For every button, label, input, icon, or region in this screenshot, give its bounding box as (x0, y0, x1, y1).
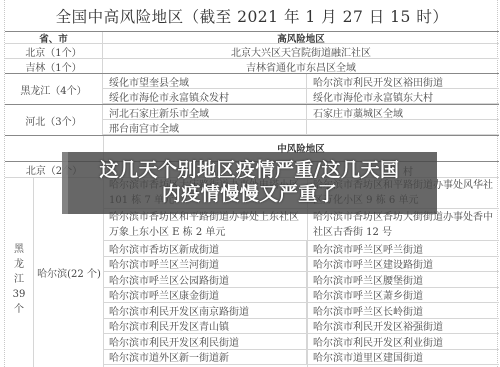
area-cell-line: 万象上东小区 E 栋 2 单元 (109, 225, 299, 240)
headline-text: 这几天个别地区疫情严重/这几天国 内疫情慢慢又严重了 (62, 152, 437, 214)
area-cell: 吉林省通化市东昌区全域 (103, 59, 499, 73)
area-cell: 哈尔滨市呼兰区呼兰街道 (307, 241, 499, 256)
province-label: 河北（3个） (5, 105, 103, 135)
area-cell: 哈尔滨市利民开发区利业街道 (307, 334, 499, 349)
table-row: 绥化市海伦市永富镇众发村 绥化市海伦市永富镇东大村 (103, 89, 499, 104)
table-row: 哈尔滨市利民开发区南京路街道 哈尔滨市呼兰区长岭街道 (103, 303, 499, 319)
area-cell: 绥化市海伦市永富镇众发村 (103, 89, 307, 103)
table-row: 河北石家庄新乐市全域 石家庄市藁城区全域 (103, 105, 499, 120)
province-char: 39 (5, 287, 33, 302)
area-cell: 哈尔滨市道外区新一街道新 (103, 350, 307, 365)
area-cell: 哈尔滨市利民开发区裕田街道 (307, 74, 499, 88)
province-char: 龙 (5, 257, 33, 272)
table-row: 邢台南宫市全域 (103, 120, 499, 135)
document-title: 全国中高风险地区（截至 2021 年 1 月 27 日 15 时） (5, 3, 499, 31)
area-cell: 哈尔滨市道里区建国街道 (307, 350, 499, 365)
province-label: 吉林（1个） (5, 59, 103, 73)
area-cell: 哈尔滨市呼兰区萧乡街道 (307, 288, 499, 303)
table-row: 哈尔滨市利民开发区青山镇 哈尔滨市利民开发区裕强街道 (103, 319, 499, 335)
header-province: 省、市 (5, 32, 103, 43)
area-cell (307, 120, 499, 134)
area-cell: 哈尔滨市呼兰区建设路街道 (307, 257, 499, 272)
table-row: 哈尔滨市呼兰区公园路街道 哈尔滨市呼兰区腰堡街道 (103, 272, 499, 288)
area-cell: 哈尔滨市香坊区新成街道 (103, 241, 307, 256)
headline-line-2: 内疫情慢慢又严重了 (62, 182, 437, 206)
area-cell: 河北石家庄新乐市全域 (103, 105, 307, 119)
area-cell: 哈尔滨市呼兰区腰堡街道 (307, 272, 499, 287)
area-cell: 哈尔滨市呼兰区兰河街道 (103, 257, 307, 272)
city-label: 哈尔滨(22 个) (35, 265, 103, 280)
province-label: 北京（1个） (5, 44, 103, 58)
table-row: 哈尔滨市呼兰区兰河街道 哈尔滨市呼兰区建设路街道 (103, 257, 499, 273)
area-cell: 哈尔滨市呼兰区长岭街道 (307, 303, 499, 318)
province-label: 黑龙江（4个） (5, 74, 103, 104)
headline-line-1: 这几天个别地区疫情严重/这几天国 (62, 158, 437, 182)
area-cell: 哈尔滨市利民开发区利民街道 (103, 334, 307, 349)
area-cell: 绥化市望奎县全域 (103, 74, 307, 88)
header-high-risk: 高风险地区 (103, 32, 499, 43)
area-cell: 哈尔滨市利民开发区南京路街道 (103, 303, 307, 318)
divider (33, 177, 34, 367)
table-row: 绥化市望奎县全域 哈尔滨市利民开发区裕田街道 (103, 74, 499, 89)
area-cell: 哈尔滨市利民开发区青山镇 (103, 319, 307, 334)
province-char: 江 (5, 272, 33, 287)
province-char: 黑 (5, 242, 33, 257)
table-row: 哈尔滨市利民开发区利民街道 哈尔滨市利民开发区利业街道 (103, 334, 499, 350)
area-cell: 邢台南宫市全域 (103, 120, 307, 134)
area-cell-line: 社区古香街 12 号 (313, 225, 493, 240)
area-cell: 哈尔滨市利民开发区裕强街道 (307, 319, 499, 334)
table-row: 哈尔滨市道外区新一街道新 哈尔滨市道里区建国街道 (103, 350, 499, 366)
table-row: 北京（1个） 北京大兴区天宫院街道融汇社区 (5, 44, 499, 59)
table-row: 吉林（1个） 吉林省通化市东昌区全域 (5, 59, 499, 74)
province-label-vertical: 黑 龙 江 39 个 (5, 242, 33, 317)
area-cell: 哈尔滨市呼兰区公园路街道 (103, 272, 307, 287)
table-row: 哈尔滨市呼兰区康金街道 哈尔滨市呼兰区萧乡街道 (103, 288, 499, 304)
area-cell: 哈尔滨市呼兰区康金街道 (103, 288, 307, 303)
divider (5, 135, 499, 136)
area-cell: 绥化市海伦市永富镇东大村 (307, 89, 499, 103)
area-cell: 石家庄市藁城区全域 (307, 105, 499, 119)
table-header-row: 省、市 高风险地区 (5, 31, 499, 44)
table-row: 哈尔滨市香坊区新成街道 哈尔滨市呼兰区呼兰街道 (103, 241, 499, 257)
area-cell: 北京大兴区天宫院街道融汇社区 (103, 44, 499, 58)
province-char: 个 (5, 302, 33, 317)
